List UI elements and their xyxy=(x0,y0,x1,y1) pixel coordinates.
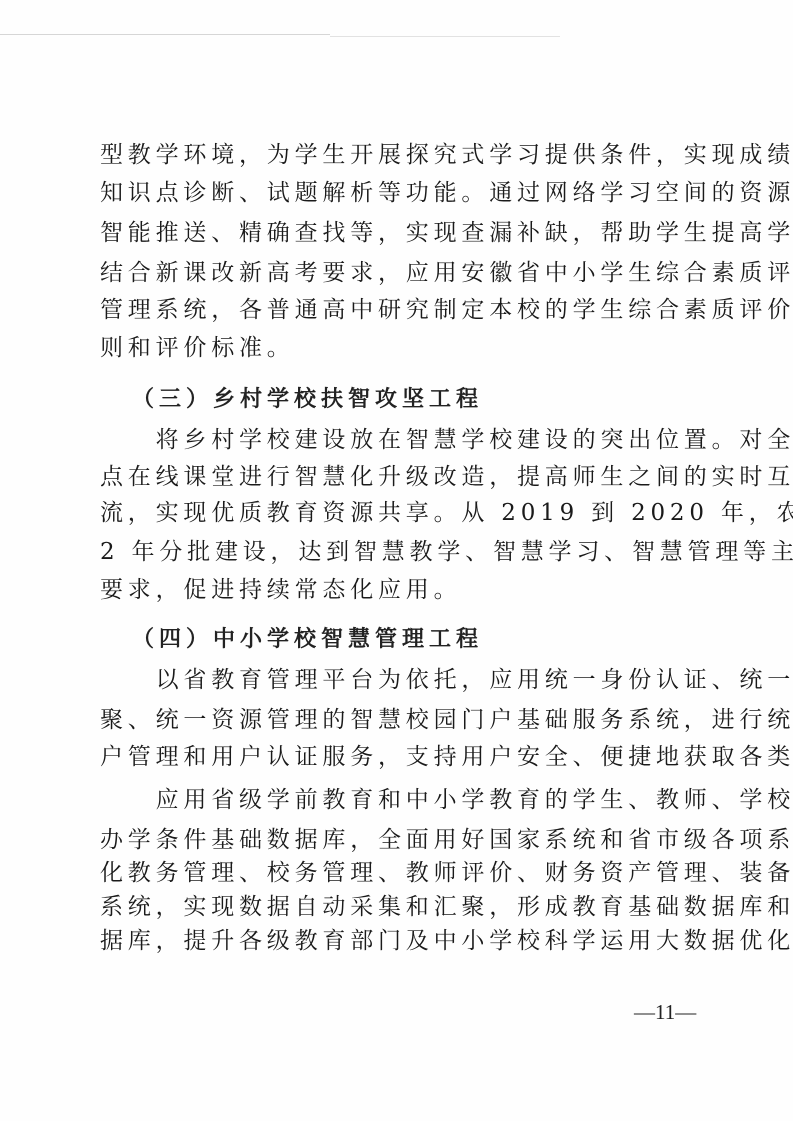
paragraph-line: 据库，提升各级教育部门及中小学校科学运用大数据优化教育管 xyxy=(100,926,700,956)
document-page: 型教学环境，为学生开展探究式学习提供条件，实现成绩分析、 知识点诊断、试题解析等… xyxy=(0,0,793,1121)
paragraph-line: 系统，实现数据自动采集和汇聚，形成教育基础数据库和常态数 xyxy=(100,892,700,922)
paragraph-line: 化教务管理、校务管理、教师评价、财务资产管理、装备管理等 xyxy=(100,858,700,888)
paragraph-line: 办学条件基础数据库，全面用好国家系统和省市级各项系统，优 xyxy=(100,825,700,855)
paragraph-line: 智能推送、精确查找等，实现查漏补缺，帮助学生提高学习效率。 xyxy=(100,218,700,248)
paragraph-line: 户管理和用户认证服务，支持用户安全、便捷地获取各类资源。 xyxy=(100,742,700,772)
paragraph-line: 型教学环境，为学生开展探究式学习提供条件，实现成绩分析、 xyxy=(100,140,700,170)
paragraph-line: 则和评价标准。 xyxy=(100,333,700,363)
paragraph-line: 知识点诊断、试题解析等功能。通过网络学习空间的资源汇聚、 xyxy=(100,178,700,208)
section-heading: （四）中小学校智慧管理工程 xyxy=(132,625,483,655)
paragraph-line: 管理系统，各普通高中研究制定本校的学生综合素质评价实施细 xyxy=(100,295,700,325)
paragraph-line: 结合新课改新高考要求，应用安徽省中小学生综合素质评价信息 xyxy=(100,258,700,288)
paragraph-line: 以省教育管理平台为依托，应用统一身份认证、统一数据汇 xyxy=(100,665,700,695)
scan-artifact-line xyxy=(330,36,560,37)
paragraph-line: 流，实现优质教育资源共享。从 2019 到 2020 年，农村教学点分 xyxy=(100,498,700,528)
paragraph-line: 点在线课堂进行智慧化升级改造，提高师生之间的实时互动交 xyxy=(100,462,700,492)
paragraph-line: 要求，促进持续常态化应用。 xyxy=(100,575,700,605)
page-number: —11— xyxy=(634,998,696,1026)
scan-artifact-line xyxy=(0,34,330,35)
paragraph-line: 应用省级学前教育和中小学教育的学生、教师、学校资产及 xyxy=(100,785,700,815)
paragraph-line: 2 年分批建设，达到智慧教学、智慧学习、智慧管理等主要建设 xyxy=(100,537,700,567)
section-heading: （三）乡村学校扶智攻坚工程 xyxy=(132,385,483,415)
paragraph-line: 聚、统一资源管理的智慧校园门户基础服务系统，进行统一的用 xyxy=(100,705,700,735)
paragraph-line: 将乡村学校建设放在智慧学校建设的突出位置。对全县教学 xyxy=(100,425,700,455)
